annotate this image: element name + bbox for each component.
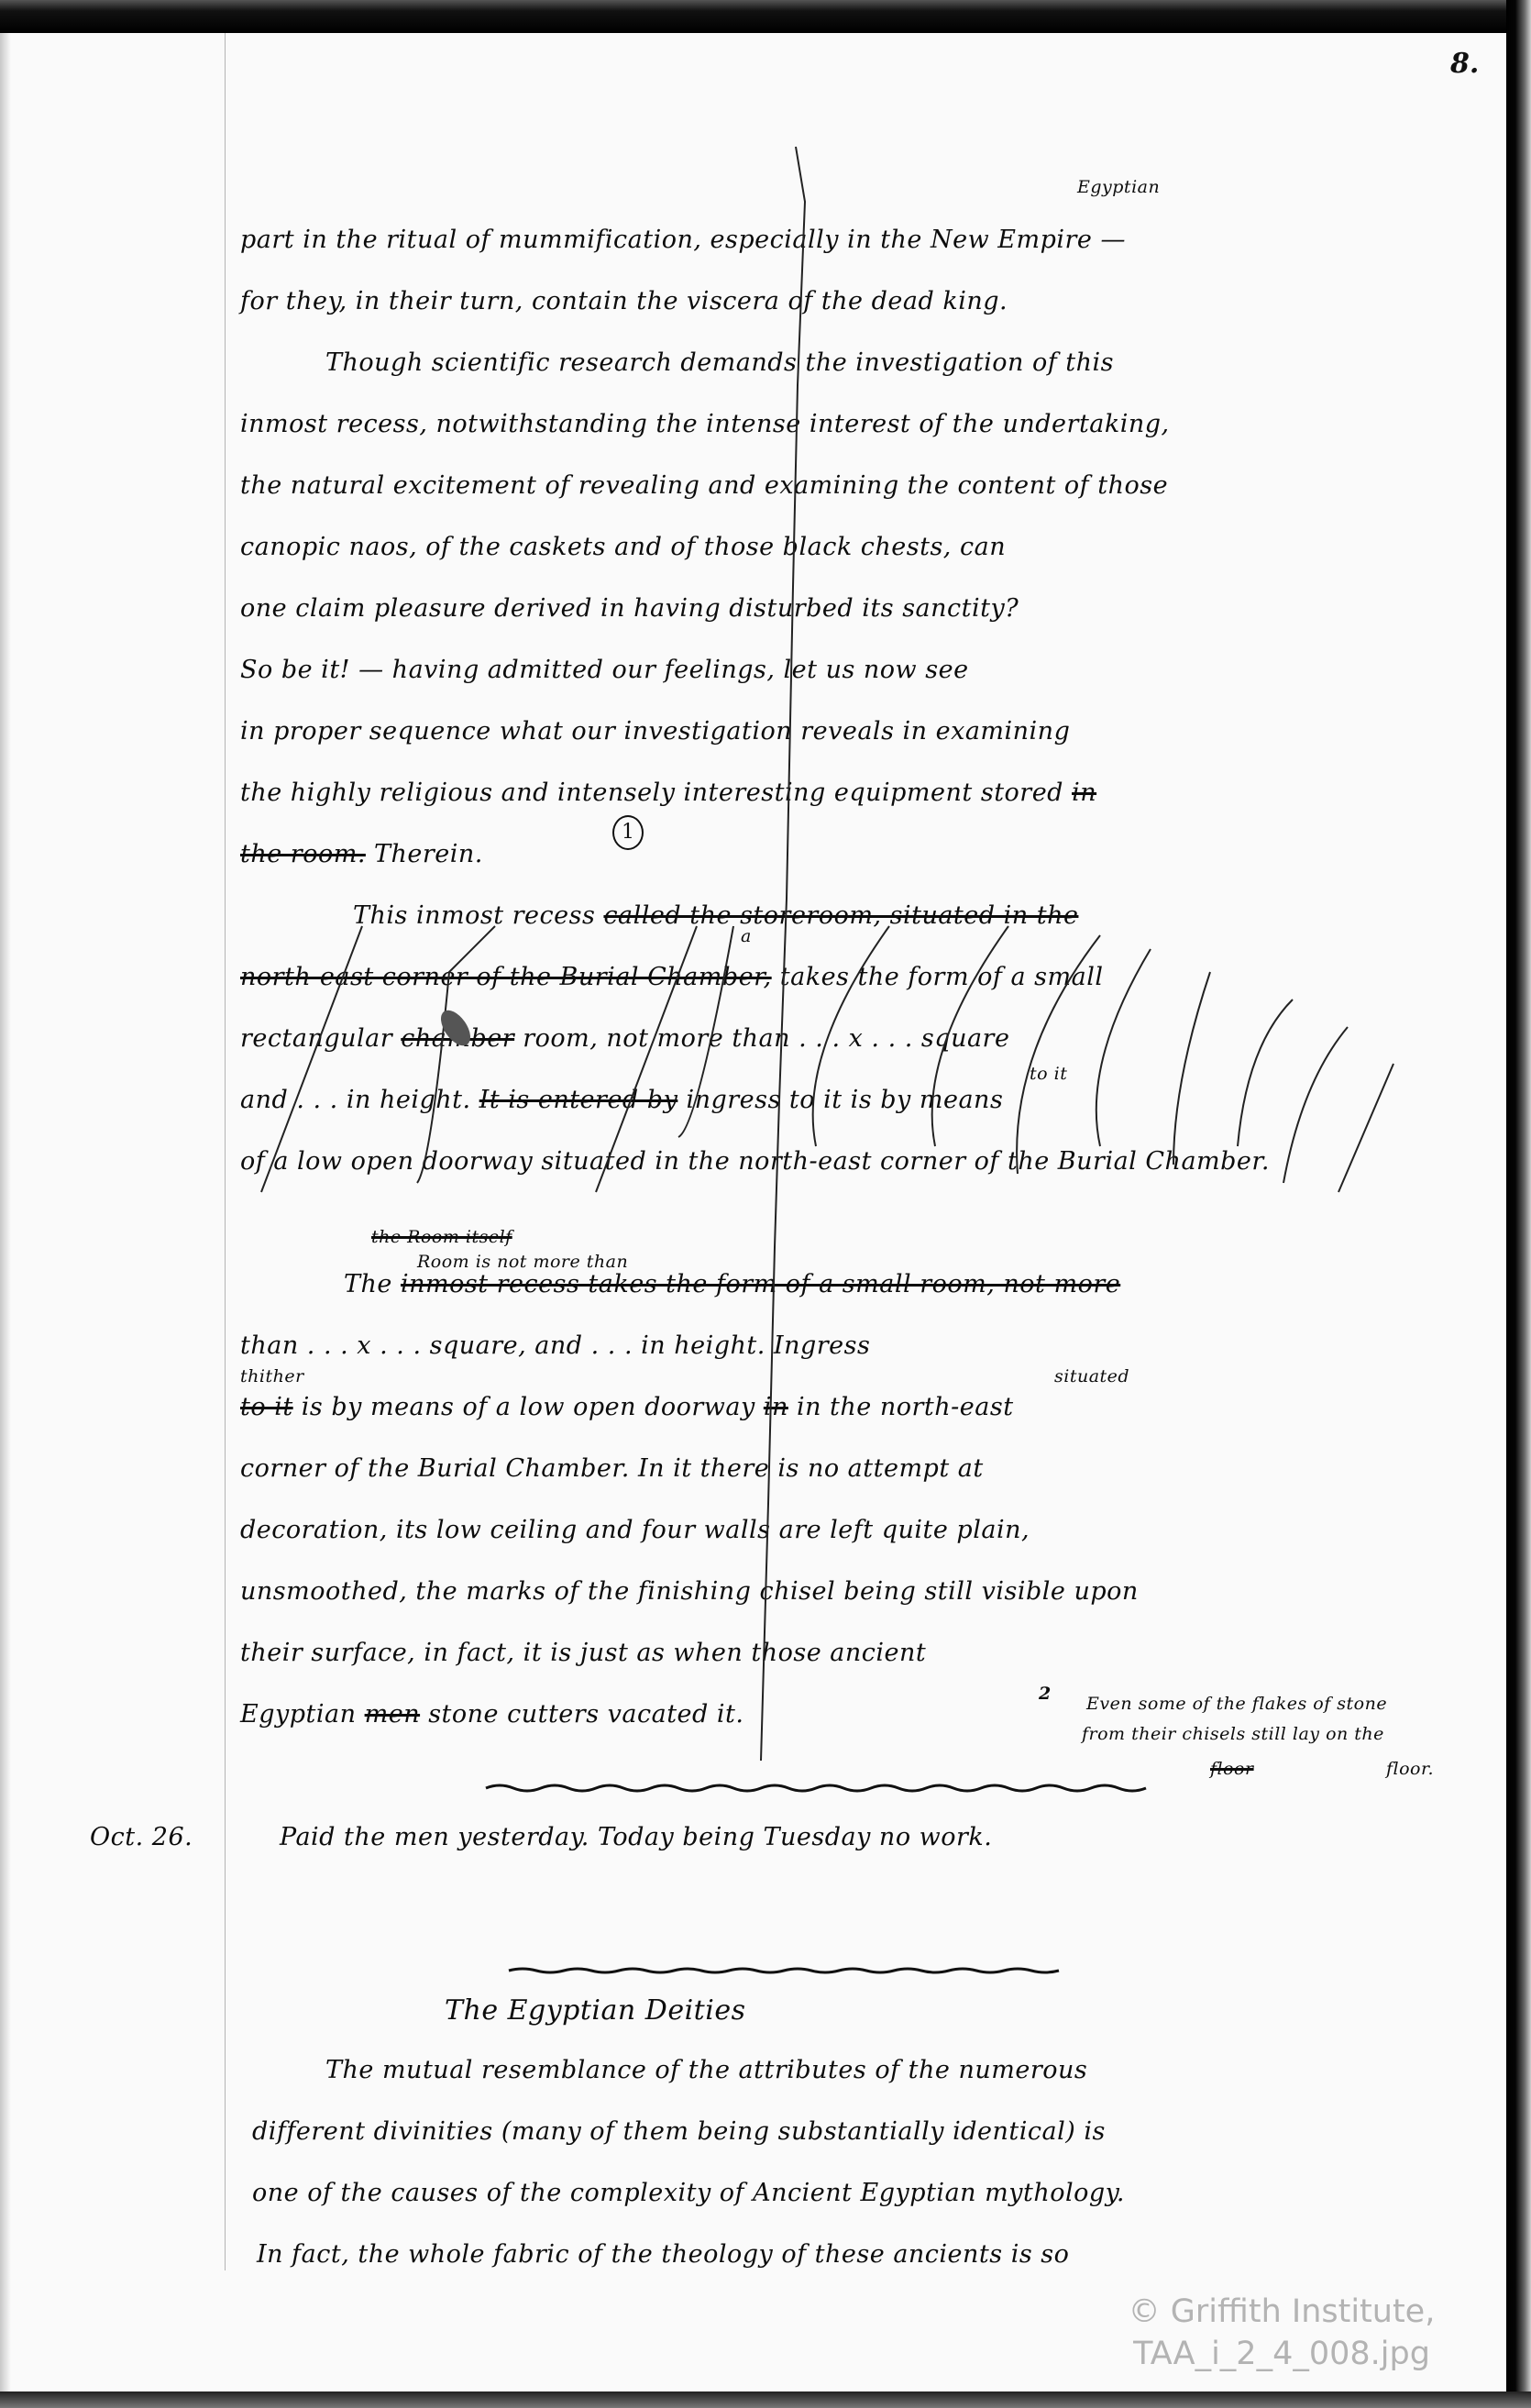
struck-phrase: called the storeroom, situated in the xyxy=(603,901,1078,930)
revision-line-7-after: stone cutters vacated it. xyxy=(428,1700,743,1729)
text-line-15-main: and . . . in height. xyxy=(240,1086,471,1114)
struck-word: to it xyxy=(240,1393,293,1421)
revision-line-6: their surface, in fact, it is just as wh… xyxy=(240,1639,926,1667)
revision-first-word: The xyxy=(344,1270,392,1298)
struck-word: men xyxy=(365,1700,420,1729)
page-number: 8. xyxy=(1450,48,1479,80)
note-marker-2: 2 xyxy=(1039,1684,1052,1704)
text-line-15-after: ingress to it is by means xyxy=(686,1086,1003,1114)
footnote-marker-1: 1 xyxy=(612,815,644,850)
watermark-line-1: © Griffith Institute, xyxy=(1126,2291,1437,2333)
revision-line-1: than . . . x . . . square, and . . . in … xyxy=(240,1331,870,1360)
text-line-1: part in the ritual of mummification, esp… xyxy=(240,226,1126,254)
revision-first-line: The inmost recess takes the form of a sm… xyxy=(344,1270,1120,1298)
insertion-struck-room-itself: the Room itself xyxy=(371,1227,512,1247)
text-line-12-main: This inmost recess xyxy=(353,901,595,930)
text-line-8: So be it! — having admitted our feelings… xyxy=(240,656,969,684)
section-line-1: The mutual resemblance of the attributes… xyxy=(325,2056,1087,2084)
text-line-7: one claim pleasure derived in having dis… xyxy=(240,594,1019,623)
struck-phrase: inmost recess takes the form of a small … xyxy=(401,1270,1120,1298)
scan-right-border xyxy=(1506,0,1531,2408)
scan-top-border xyxy=(0,0,1531,33)
revision-line-2-main: is by means of a low open doorway xyxy=(302,1393,755,1421)
struck-word: in xyxy=(764,1393,788,1421)
margin-note-line-2: from their chisels still lay on the xyxy=(1082,1724,1384,1744)
text-line-14-after: room, not more than . . . x . . . square xyxy=(523,1024,1009,1053)
section-line-2: different divinities (many of them being… xyxy=(252,2117,1106,2146)
scan-bottom-border xyxy=(0,2391,1531,2408)
section-line-3: one of the causes of the complexity of A… xyxy=(252,2179,1125,2207)
margin-note-line-3: floor. xyxy=(1386,1759,1434,1779)
revision-line-7: Egyptian men stone cutters vacated it. xyxy=(240,1700,743,1729)
insertion-room-not-more-than: Room is not more than xyxy=(417,1252,628,1272)
revision-line-3: corner of the Burial Chamber. In it ther… xyxy=(240,1454,984,1483)
text-line-14: rectangular chamber room, not more than … xyxy=(240,1024,1009,1053)
section-heading: The Egyptian Deities xyxy=(445,1994,745,2027)
text-line-15: and . . . in height. It is entered by in… xyxy=(240,1086,1003,1114)
insertion-egyptian: Egyptian xyxy=(1077,177,1160,197)
struck-phrase: north-east corner of the Burial Chamber, xyxy=(240,963,772,991)
text-line-10-main: the highly religious and intensely inter… xyxy=(240,779,1063,807)
text-line-4: inmost recess, notwithstanding the inten… xyxy=(240,410,1170,438)
revision-line-2: to it is by means of a low open doorway … xyxy=(240,1393,1014,1421)
diary-text: Paid the men yesterday. Today being Tues… xyxy=(280,1823,992,1851)
insertion-to-it: to it xyxy=(1030,1064,1067,1084)
text-line-11: the room. Therein. xyxy=(240,840,483,868)
text-line-10: the highly religious and intensely inter… xyxy=(240,779,1096,807)
text-line-11-main: Therein. xyxy=(374,840,483,868)
struck-phrase: It is entered by xyxy=(479,1086,678,1114)
text-line-3: Though scientific research demands the i… xyxy=(325,348,1114,377)
page-left-shadow xyxy=(0,33,11,2391)
text-line-13: north-east corner of the Burial Chamber,… xyxy=(240,963,1103,991)
margin-note-struck-word: floor xyxy=(1210,1759,1254,1779)
text-line-16: of a low open doorway situated in the no… xyxy=(240,1147,1270,1176)
text-line-9: in proper sequence what our investigatio… xyxy=(240,717,1070,746)
text-line-5: the natural excitement of revealing and … xyxy=(240,471,1168,500)
insertion-situated: situated xyxy=(1054,1366,1129,1386)
revision-line-2-after: in the north-east xyxy=(797,1393,1014,1421)
watermark-line-2: TAA_i_2_4_008.jpg xyxy=(1126,2333,1437,2375)
revision-line-4: decoration, its low ceiling and four wal… xyxy=(240,1516,1030,1544)
text-line-6: canopic naos, of the caskets and of thos… xyxy=(240,533,1006,561)
text-line-14-main: rectangular xyxy=(240,1024,392,1053)
section-line-4: In fact, the whole fabric of the theolog… xyxy=(257,2240,1069,2269)
notebook-page xyxy=(0,33,1506,2391)
text-line-13-main: takes the form of a small xyxy=(780,963,1104,991)
revision-line-7-main: Egyptian xyxy=(240,1700,357,1729)
struck-phrase: the room. xyxy=(240,840,366,868)
margin-rule xyxy=(225,33,226,2270)
diary-date: Oct. 26. xyxy=(90,1823,193,1851)
struck-word: in xyxy=(1072,779,1096,807)
margin-note-line-1: Even some of the flakes of stone xyxy=(1086,1694,1387,1714)
text-line-12: This inmost recess called the storeroom,… xyxy=(353,901,1078,930)
revision-line-5: unsmoothed, the marks of the finishing c… xyxy=(240,1577,1139,1606)
insertion-thither: thither xyxy=(240,1366,304,1386)
struck-word: chamber xyxy=(401,1024,514,1053)
copyright-watermark: © Griffith Institute, TAA_i_2_4_008.jpg xyxy=(1126,2291,1437,2375)
text-line-2: for they, in their turn, contain the vis… xyxy=(240,287,1008,315)
